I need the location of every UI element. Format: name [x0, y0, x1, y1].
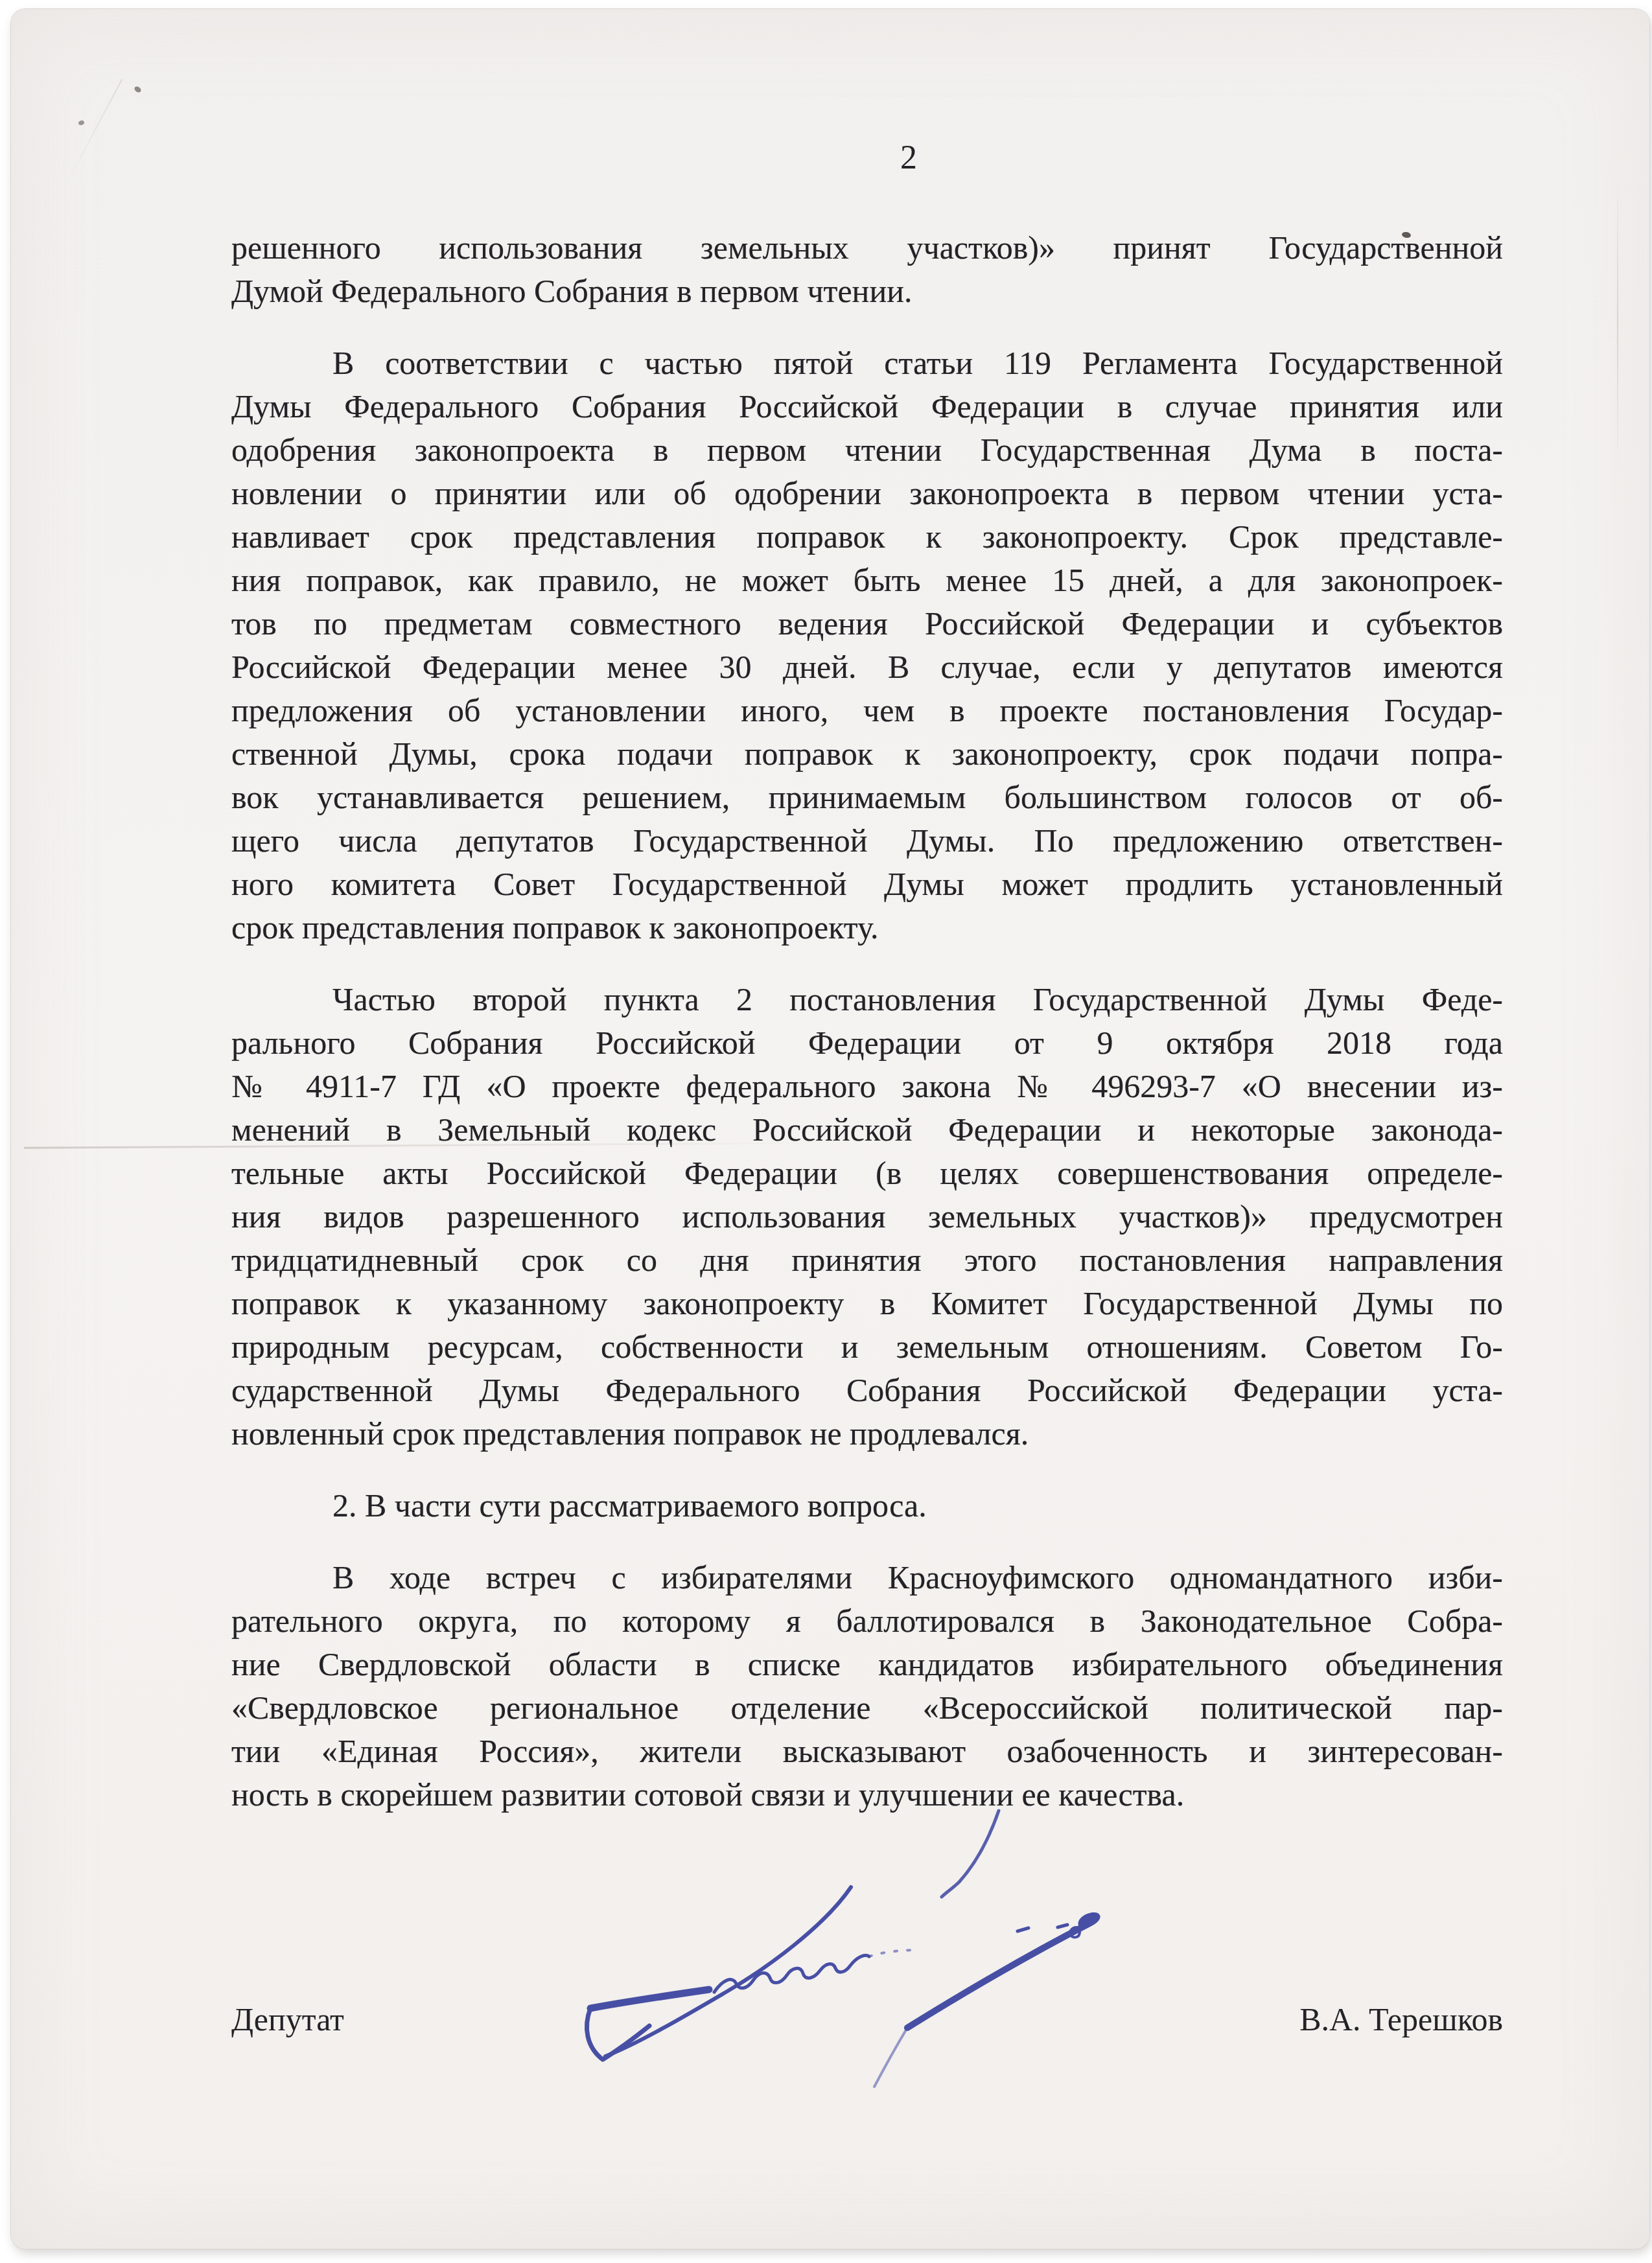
text-line: ния видов разрешенного использования зем…: [231, 1195, 1503, 1238]
text-line: ного комитета Совет Государственной Думы…: [231, 863, 1503, 906]
text-line: Думы Федерального Собрания Российской Фе…: [231, 385, 1503, 428]
text-line: тридцатидневный срок со дня принятия это…: [231, 1238, 1503, 1282]
text-line: тов по предметам совместного ведения Рос…: [231, 602, 1503, 645]
text-line: тельные акты Российской Федерации (в цел…: [231, 1152, 1503, 1195]
text-line: № 4911-7 ГД «О проекте федерального зако…: [231, 1065, 1503, 1108]
paper-crease-vertical: [1617, 171, 1618, 476]
text-line: «Свердловское региональное отделение «Вс…: [231, 1686, 1503, 1730]
paragraph: В ходе встреч с избирателями Красноуфимс…: [231, 1556, 1503, 1816]
text-line: вок устанавливается решением, принимаемы…: [231, 776, 1503, 819]
document-body: решенного использования земельных участк…: [231, 226, 1503, 1816]
text-line: ность в скорейшем развитии сотовой связи…: [231, 1773, 1503, 1816]
signature-block: Депутат В.А. Терешков: [231, 1998, 1503, 2041]
text-line: решенного использования земельных участк…: [231, 226, 1503, 270]
text-line: навливает срок представления поправок к …: [231, 515, 1503, 559]
text-line: предложения об установлении иного, чем в…: [231, 689, 1503, 732]
signature-role-label: Депутат: [231, 1998, 344, 2041]
text-line: В соответствии с частью пятой статьи 119…: [231, 342, 1503, 385]
text-line: срок представления поправок к законопрое…: [231, 906, 1503, 949]
text-line: одобрения законопроекта в первом чтении …: [231, 428, 1503, 472]
paragraph: решенного использования земельных участк…: [231, 226, 1503, 313]
text-line: новлении о принятии или об одобрении зак…: [231, 472, 1503, 515]
scanned-page: 2 решенного использования земельных учас…: [11, 9, 1649, 2249]
text-line: Думой Федерального Собрания в первом чте…: [231, 270, 1503, 313]
text-line: ние Свердловской области в списке кандид…: [231, 1643, 1503, 1686]
text-line: ственной Думы, срока подачи поправок к з…: [231, 732, 1503, 776]
text-line: поправок к указанному законопроекту в Ко…: [231, 1282, 1503, 1325]
text-line: природным ресурсам, собственности и земе…: [231, 1325, 1503, 1369]
text-line: 2. В части сути рассматриваемого вопроса…: [231, 1484, 1503, 1527]
text-line: новленный срок представления поправок не…: [231, 1412, 1503, 1456]
scan-speck: [78, 120, 85, 126]
document-content: 2 решенного использования земельных учас…: [231, 136, 1503, 2041]
text-line: Частью второй пункта 2 постановления Гос…: [231, 978, 1503, 1021]
text-line: менений в Земельный кодекс Российской Фе…: [231, 1108, 1503, 1152]
text-line: В ходе встреч с избирателями Красноуфимс…: [231, 1556, 1503, 1599]
text-line: сударственной Думы Федерального Собрания…: [231, 1369, 1503, 1412]
paragraph: В соответствии с частью пятой статьи 119…: [231, 342, 1503, 949]
paper-crease-diagonal: [67, 79, 122, 183]
text-line: ния поправок, как правило, не может быть…: [231, 559, 1503, 602]
page-number: 2: [273, 136, 1544, 180]
paragraph: Частью второй пункта 2 постановления Гос…: [231, 978, 1503, 1456]
text-line: тии «Единая Россия», жители высказывают …: [231, 1730, 1503, 1773]
paragraph: 2. В части сути рассматриваемого вопроса…: [231, 1484, 1503, 1527]
text-line: рального Собрания Российской Федерации о…: [231, 1021, 1503, 1065]
scan-speck: [134, 86, 143, 94]
signature-name-label: В.А. Терешков: [1299, 1998, 1503, 2041]
text-line: рательного округа, по которому я баллоти…: [231, 1599, 1503, 1643]
text-line: щего числа депутатов Государственной Дум…: [231, 819, 1503, 863]
text-line: Российской Федерации менее 30 дней. В сл…: [231, 645, 1503, 689]
